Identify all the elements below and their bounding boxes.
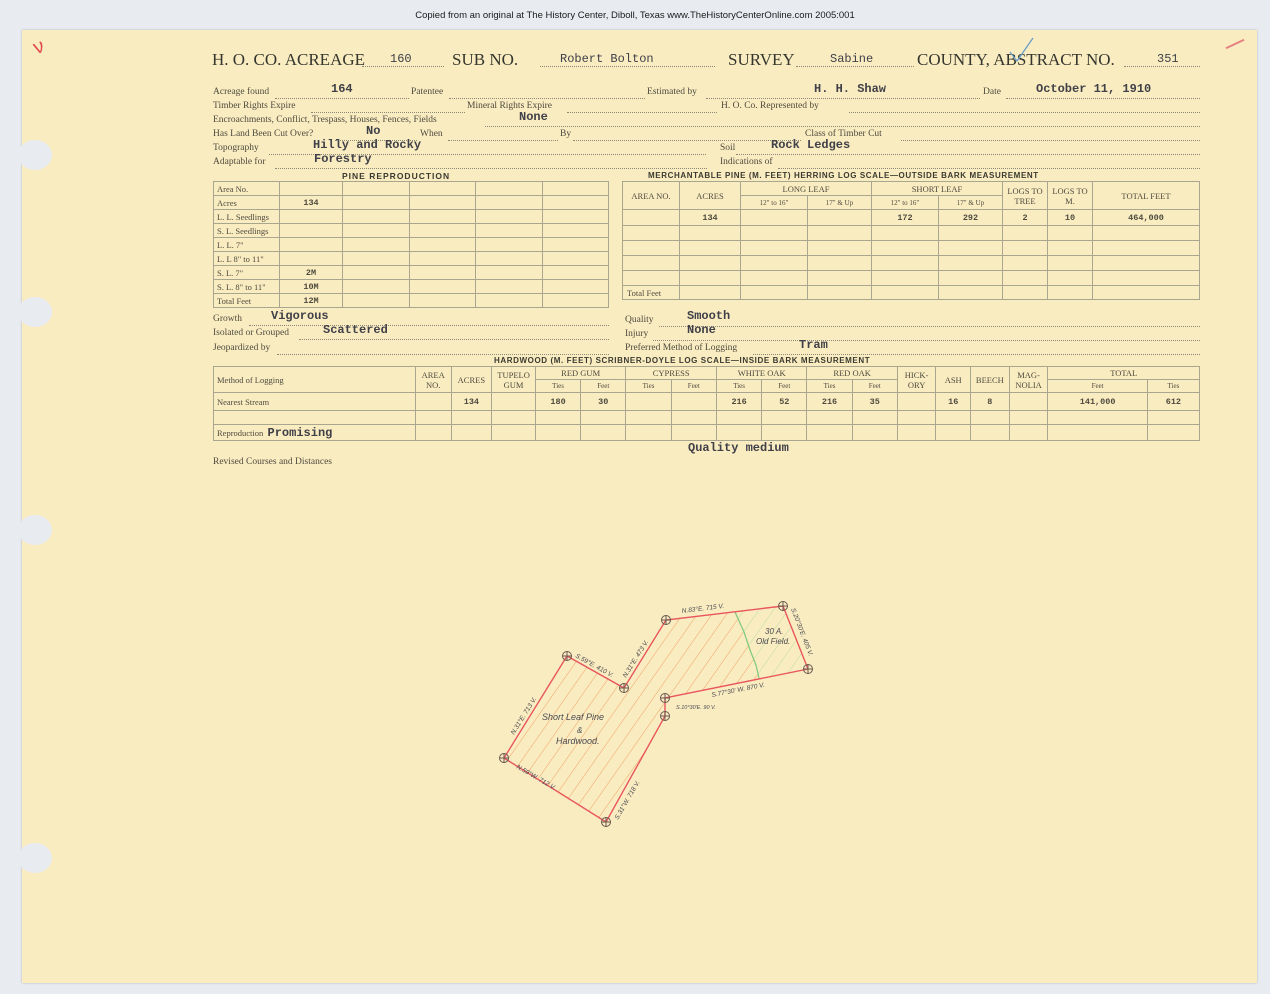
- area-label-hardwood: Hardwood.: [556, 736, 600, 746]
- call-label: N.83°E. 715 V.: [681, 602, 724, 615]
- old-field-label: Old Field.: [756, 637, 790, 646]
- old-field-acres: 30 A.: [765, 627, 783, 636]
- call-label: S.10°30'E. 90 V.: [676, 705, 716, 711]
- survey-plat: Short Leaf Pine & Hardwood. 30 A. Old Fi…: [22, 30, 1257, 983]
- area-label: Short Leaf Pine: [542, 712, 604, 722]
- timber-estimate-form: ν H. O. CO. ACREAGE 160 SUB NO. Robert B…: [22, 30, 1257, 983]
- archive-copy-note: Copied from an original at The History C…: [0, 10, 1270, 21]
- area-label-amp: &: [577, 726, 582, 735]
